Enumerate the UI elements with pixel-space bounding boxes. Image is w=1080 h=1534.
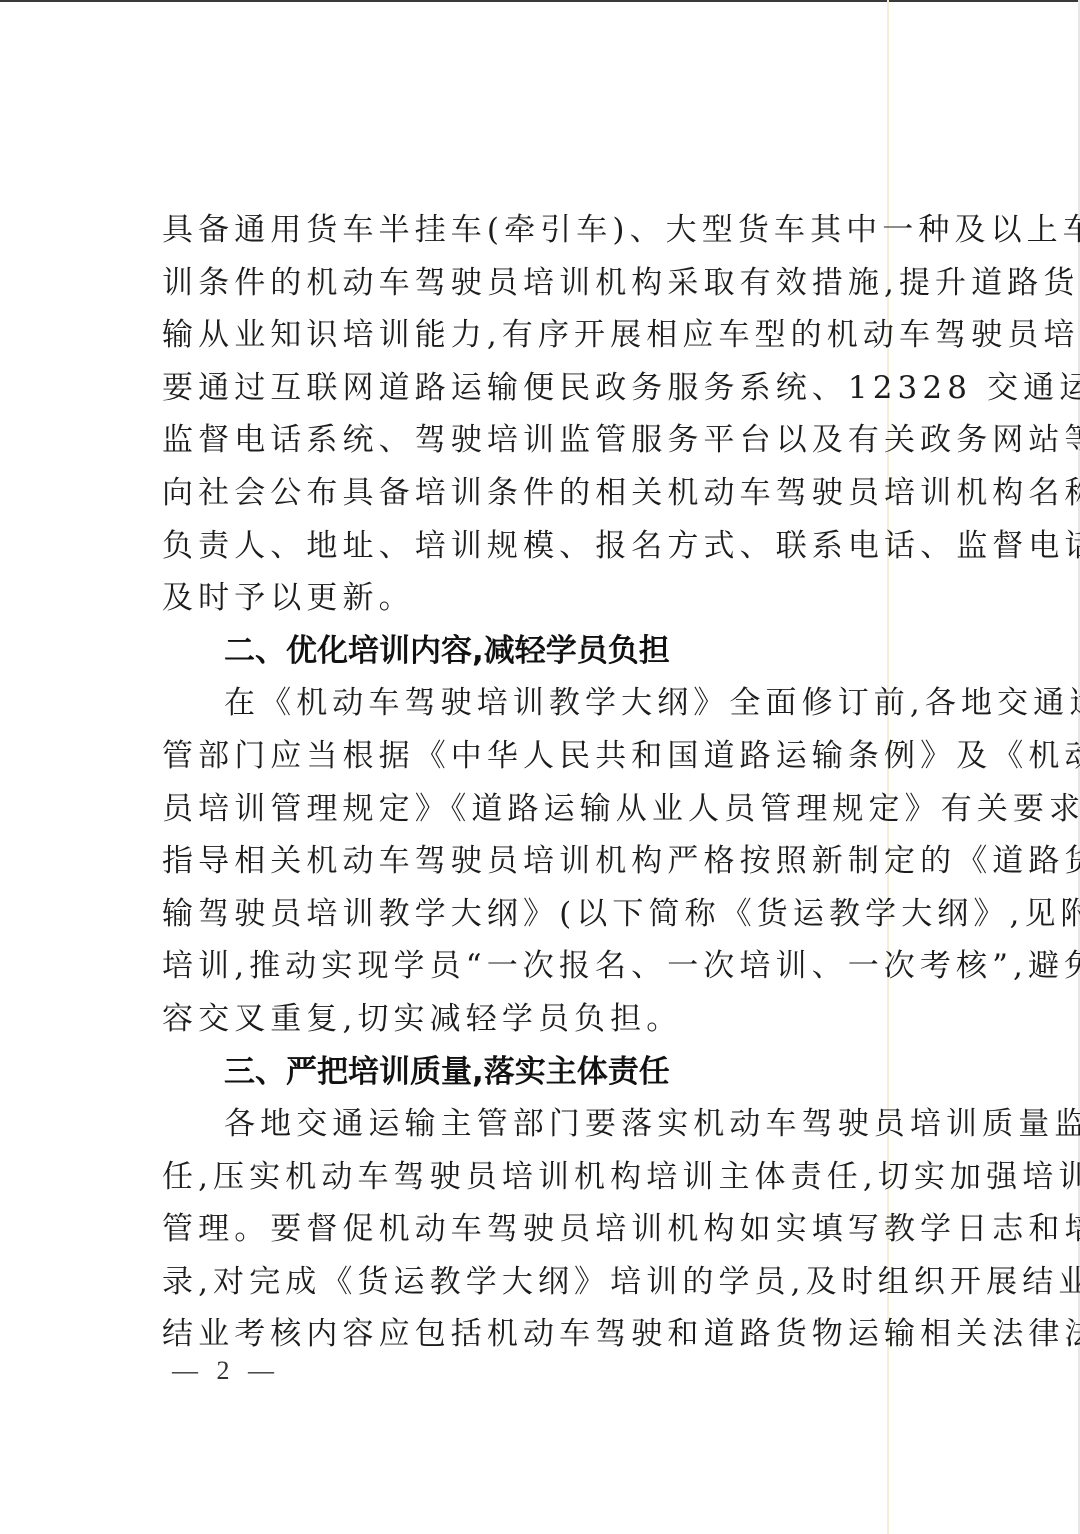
body-line: 管理。要督促机动车驾驶员培训机构如实填写教学日志和培训记 xyxy=(162,1203,918,1256)
body-line: 培训,推动实现学员“一次报名、一次培训、一次考核”,避免培训内 xyxy=(162,940,918,993)
body-line: 任,压实机动车驾驶员培训机构培训主体责任,切实加强培训质量 xyxy=(162,1151,918,1204)
body-line: 训条件的机动车驾驶员培训机构采取有效措施,提升道路货物运 xyxy=(162,257,918,310)
body-line: 输驾驶员培训教学大纲》(以下简称《货运教学大纲》,见附件)开展 xyxy=(162,888,918,941)
paragraph-start: 在《机动车驾驶培训教学大纲》全面修订前,各地交通运输主 xyxy=(162,677,918,730)
body-line: 容交叉重复,切实减轻学员负担。 xyxy=(162,993,918,1046)
body-line: 指导相关机动车驾驶员培训机构严格按照新制定的《道路货物运 xyxy=(162,835,918,888)
scan-top-edge xyxy=(0,0,1080,2)
body-line: 具备通用货车半挂车(牵引车)、大型货车其中一种及以上车型培 xyxy=(162,204,918,257)
body-line: 输从业知识培训能力,有序开展相应车型的机动车驾驶员培训。 xyxy=(162,309,918,362)
body-line: 录,对完成《货运教学大纲》培训的学员,及时组织开展结业考核。 xyxy=(162,1256,918,1309)
body-line: 及时予以更新。 xyxy=(162,572,918,625)
section-heading-2: 二、优化培训内容,减轻学员负担 xyxy=(162,625,918,678)
page-number: — 2 — xyxy=(172,1356,280,1386)
body-line: 要通过互联网道路运输便民政务服务系统、12328 交通运输服务 xyxy=(162,362,918,415)
body-line: 员培训管理规定》《道路运输从业人员管理规定》有关要求,督促和 xyxy=(162,783,918,836)
body-line: 负责人、地址、培训规模、报名方式、联系电话、监督电话等信息,并 xyxy=(162,520,918,573)
document-body: 具备通用货车半挂车(牵引车)、大型货车其中一种及以上车型培 训条件的机动车驾驶员… xyxy=(162,204,918,1361)
body-line: 监督电话系统、驾驶培训监管服务平台以及有关政务网站等渠道, xyxy=(162,414,918,467)
body-line: 结业考核内容应包括机动车驾驶和道路货物运输相关法律法规、 xyxy=(162,1308,918,1361)
body-line: 管部门应当根据《中华人民共和国道路运输条例》及《机动车驾驶 xyxy=(162,730,918,783)
body-line: 向社会公布具备培训条件的相关机动车驾驶员培训机构名称及其 xyxy=(162,467,918,520)
paragraph-start: 各地交通运输主管部门要落实机动车驾驶员培训质量监管责 xyxy=(162,1098,918,1151)
section-heading-3: 三、严把培训质量,落实主体责任 xyxy=(162,1046,918,1099)
